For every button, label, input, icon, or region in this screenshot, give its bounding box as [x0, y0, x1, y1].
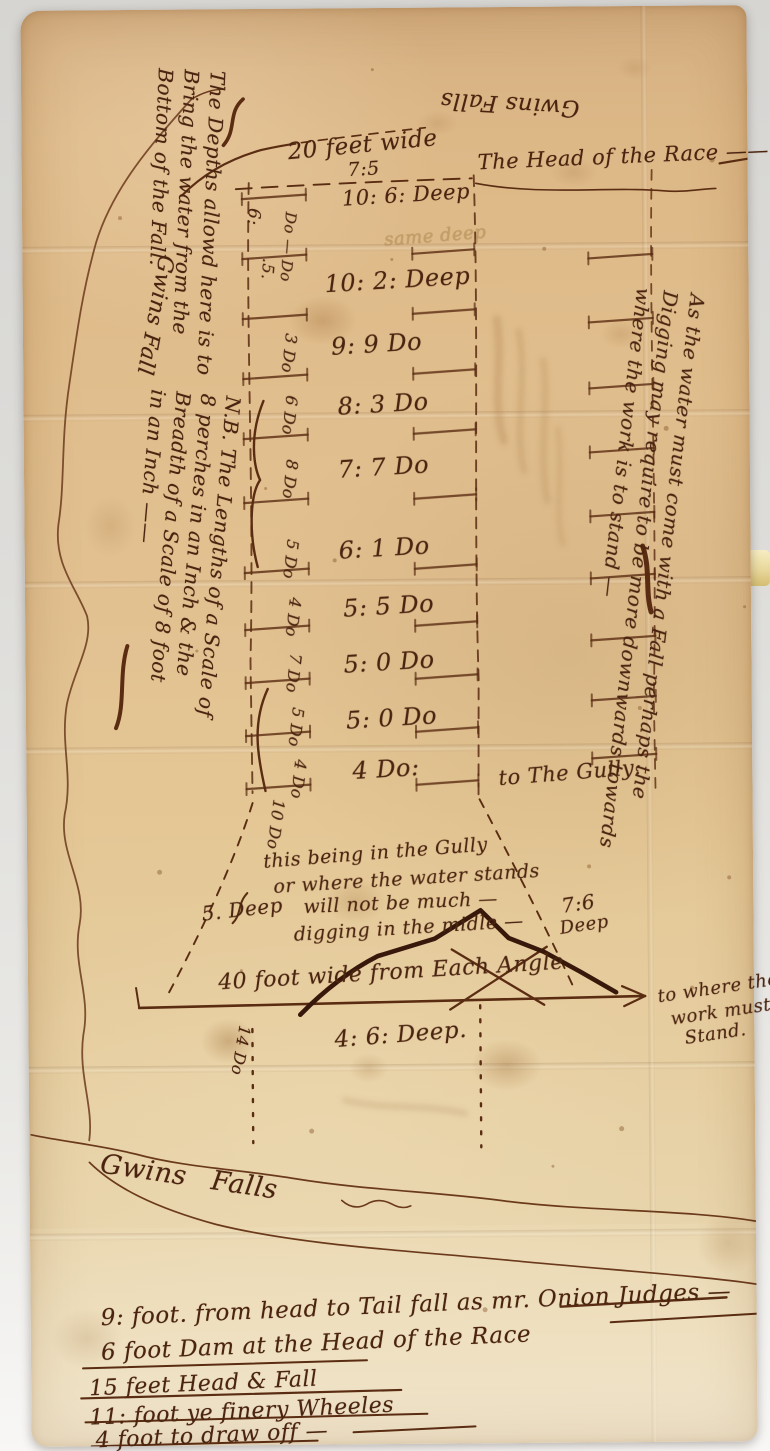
race-depth-label: 7: 7 Do — [337, 450, 430, 483]
paper-speck — [619, 1126, 624, 1131]
right-margin-note: As the water must come with a Fall perha… — [566, 286, 710, 853]
paper-stain — [84, 495, 136, 557]
paper-stain — [697, 1212, 759, 1274]
bottom-note-line: 9: foot. from head to Tail fall as mr. O… — [100, 1278, 731, 1331]
race-margin-mark: .5. — [258, 257, 279, 280]
manuscript-paper: Gwins Falls 20 feet wide The Head of the… — [20, 5, 757, 1447]
race-depth-label-faded: same deep — [383, 222, 487, 251]
paper-speck — [727, 875, 731, 879]
paper-speck — [587, 864, 591, 868]
gully-deep-label: 4: 6: Deep. — [334, 1017, 468, 1053]
top-stream-label-inverted: Gwins Falls — [439, 87, 580, 122]
race-depth-label: 8: 3 Do — [337, 387, 430, 420]
head-of-race-label: The Head of the Race —— — [477, 138, 769, 174]
paper-speck — [371, 68, 374, 71]
race-margin-mark: 6: — [243, 207, 264, 226]
bottom-note-line: 15 feet Head & Fall — [89, 1367, 318, 1402]
race-depth-label: 5: 0 Do — [345, 701, 438, 734]
river-label: Gwins Falls — [98, 1148, 279, 1205]
paper-speck — [264, 487, 267, 490]
race-depth-label: 7:5 — [347, 157, 380, 181]
race-margin-mark: 7 Do — [282, 652, 305, 694]
race-margin-mark: 5 Do — [279, 539, 302, 581]
race-depth-label: 10: 6: Deep — [341, 179, 470, 211]
manuscript-photo: Gwins Falls 20 feet wide The Head of the… — [0, 0, 770, 1451]
paper-speck — [390, 258, 393, 261]
paper-stain — [617, 56, 653, 80]
paper-speck — [118, 216, 122, 220]
race-depth-label: 5: 5 Do — [342, 589, 435, 622]
gully-width-label: 40 foot wide from Each Angle — [217, 950, 564, 996]
race-margin-mark: 8 Do — [279, 459, 302, 501]
paper-speck — [542, 247, 546, 251]
paper-speck — [157, 870, 162, 875]
paper-speck — [551, 1165, 554, 1168]
race-depth-label: 9: 9 Do — [330, 327, 423, 360]
gully-left-depth-label: 5. Deep — [200, 893, 284, 926]
race-margin-mark: 4 Do — [287, 758, 310, 800]
race-margin-mark: 4 Do — [282, 596, 305, 638]
race-depth-label: 5: 0 Do — [343, 645, 436, 678]
race-margin-mark: 3 Do — [278, 333, 301, 375]
race-depth-label: 6: 1 Do — [338, 531, 431, 564]
fold-crease — [30, 1228, 756, 1241]
race-margin-mark: 5 Do — [284, 706, 307, 748]
paper-stain — [349, 1053, 389, 1083]
fold-crease — [29, 1061, 755, 1074]
paper-speck — [743, 605, 746, 608]
race-margin-mark: 14 Do — [227, 1024, 254, 1077]
paper-stain — [470, 1039, 542, 1092]
race-margin-mark: 6 Do — [278, 395, 301, 437]
scale-note: N.B. The Lengths of a Scale of 8 perches… — [117, 388, 245, 718]
paper-speck — [309, 1129, 314, 1134]
paper-speck — [333, 558, 337, 562]
race-margin-mark: Do — Do — [276, 211, 300, 282]
race-depth-label: 4 Do: — [352, 753, 421, 785]
race-margin-mark: 10 Do — [263, 798, 288, 850]
race-depth-label: 10: 2: Deep — [324, 262, 471, 299]
